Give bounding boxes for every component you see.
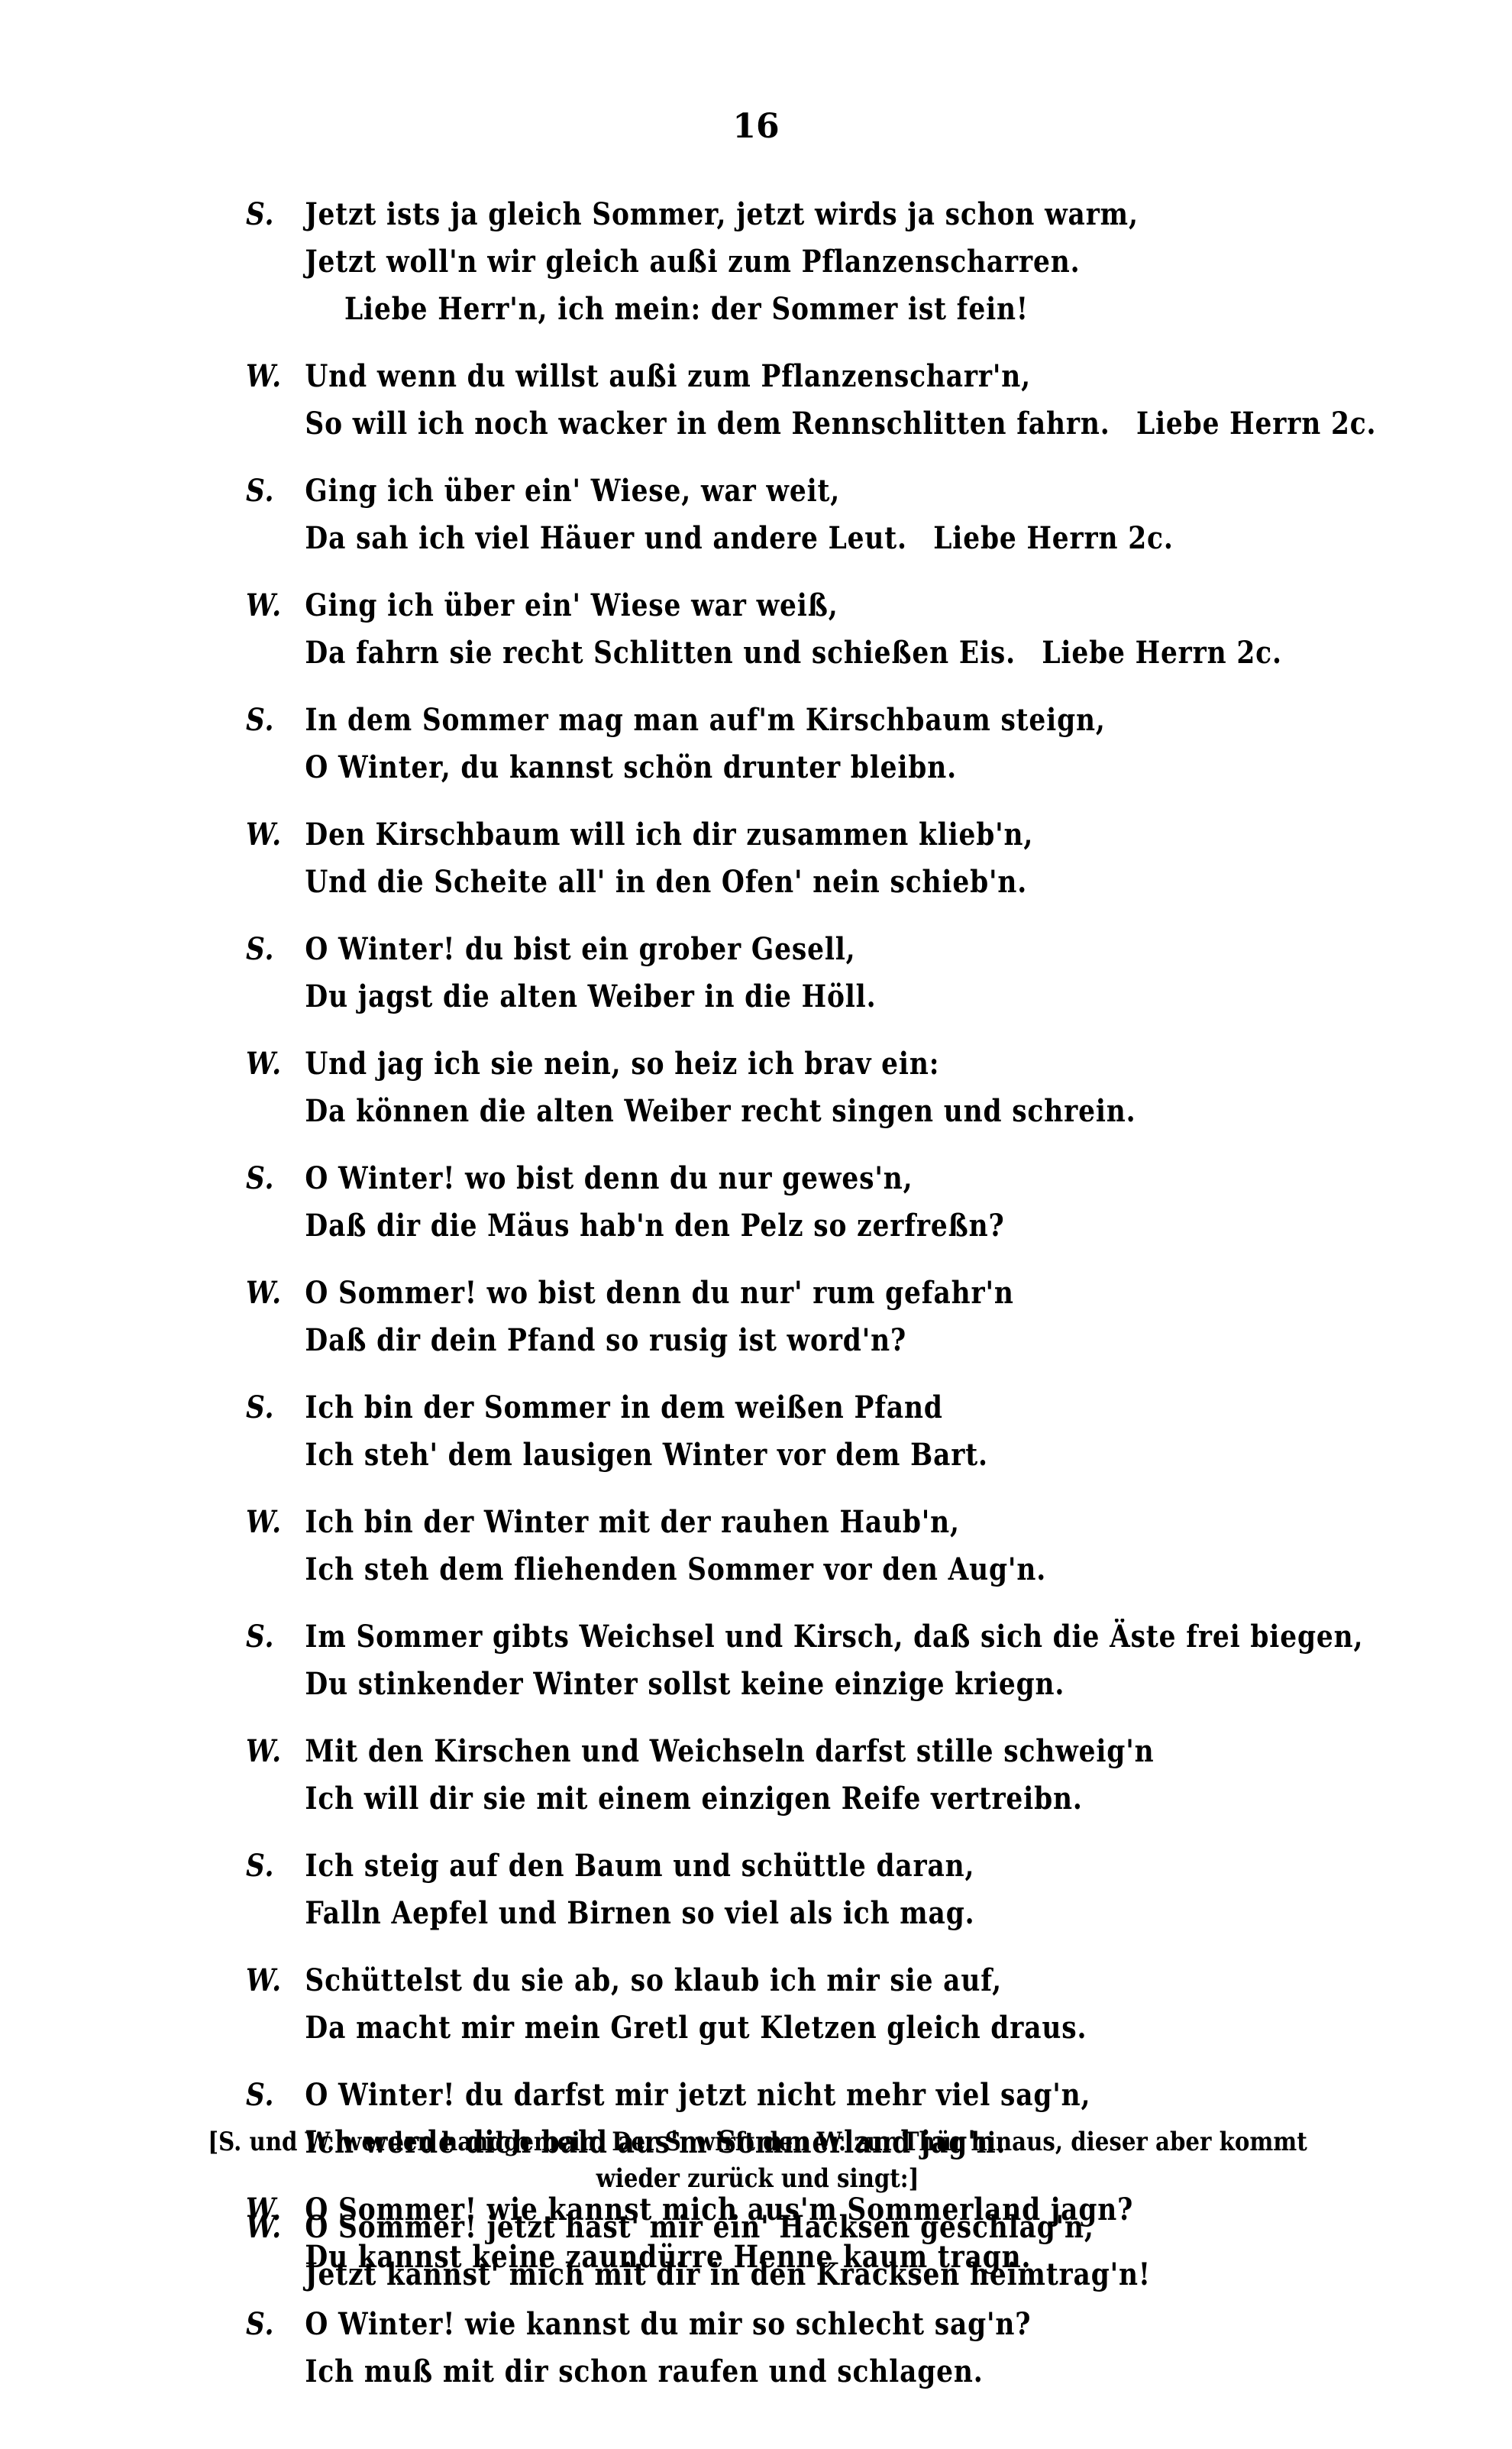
line-text: O Winter! wo bist denn du nur gewes'n,: [305, 1160, 913, 1196]
line-text: Und wenn du willst außi zum Pflanzenscha…: [305, 358, 1031, 394]
verse-line: S.Ich steig auf den Baum und schüttle da…: [246, 1842, 1271, 1890]
line-text: Daß dir dein Pfand so rusig ist word'n?: [305, 1322, 906, 1358]
refrain-text: Liebe Herrn 2c.: [1042, 635, 1281, 671]
verse-line: So will ich noch wacker in dem Rennschli…: [246, 400, 1271, 448]
verse-line: W.Schüttelst du sie ab, so klaub ich mir…: [246, 1957, 1271, 2004]
line-text: Und jag ich sie nein, so heiz ich brav e…: [305, 1046, 939, 1082]
verse-line: S.In dem Sommer mag man auf'm Kirschbaum…: [246, 697, 1271, 744]
final-verse: W.O Sommer! jetzt hast' mir ein' Hacksen…: [246, 2204, 1437, 2299]
verse-line: W.Ging ich über ein' Wiese war weiß,: [246, 582, 1271, 629]
line-text: Und die Scheite all' in den Ofen' nein s…: [305, 864, 1027, 900]
line-text: Ich bin der Winter mit der rauhen Haub'n…: [305, 1504, 959, 1540]
verse-line: S.O Winter! wie kannst du mir so schlech…: [246, 2301, 1271, 2348]
line-text: So will ich noch wacker in dem Rennschli…: [305, 406, 1110, 442]
speaker-label: S.: [246, 1842, 305, 1890]
line-text: O Sommer! jetzt hast' mir ein' Hacksen g…: [305, 2209, 1094, 2245]
line-text: Ich muß mit dir schon raufen und schlage…: [305, 2354, 983, 2389]
line-text: O Winter! wie kannst du mir so schlecht …: [305, 2306, 1031, 2342]
verse-line: Ich steh' dem lausigen Winter vor dem Ba…: [246, 1432, 1271, 1479]
verse: S.Jetzt ists ja gleich Sommer, jetzt wir…: [246, 191, 1437, 333]
refrain-text: Liebe Herrn 2c.: [933, 520, 1173, 556]
verse-line: Und die Scheite all' in den Ofen' nein s…: [246, 859, 1271, 906]
line-text: Jetzt woll'n wir gleich außi zum Pflanze…: [305, 244, 1080, 280]
verse-line: S.Jetzt ists ja gleich Sommer, jetzt wir…: [246, 191, 1271, 238]
line-text: Falln Aepfel und Birnen so viel als ich …: [305, 1895, 974, 1931]
speaker-label: S.: [246, 1155, 305, 1202]
line-text: Im Sommer gibts Weichsel und Kirsch, daß…: [305, 1619, 1363, 1655]
speaker-label: W.: [246, 2204, 305, 2251]
verse: S.Ich bin der Sommer in dem weißen Pfand…: [246, 1384, 1437, 1479]
speaker-label: S.: [246, 697, 305, 744]
verse-line: Daß dir dein Pfand so rusig ist word'n?: [246, 1317, 1271, 1364]
speaker-label: W.: [246, 811, 305, 859]
verse-line: S.Ich bin der Sommer in dem weißen Pfand: [246, 1384, 1271, 1432]
verse-line: Du jagst die alten Weiber in die Höll.: [246, 973, 1271, 1021]
verse: W.Ich bin der Winter mit der rauhen Haub…: [246, 1499, 1437, 1593]
line-text: Da fahrn sie recht Schlitten und schieße…: [305, 635, 1016, 671]
speaker-label: S.: [246, 191, 305, 238]
line-text: Ich steh dem fliehenden Sommer vor den A…: [305, 1551, 1046, 1587]
verse: W.Mit den Kirschen und Weichseln darfst …: [246, 1728, 1437, 1823]
line-text: Ging ich über ein' Wiese, war weit,: [305, 473, 840, 509]
line-text: Du jagst die alten Weiber in die Höll.: [305, 979, 876, 1014]
verse-line: S.O Winter! du darfst mir jetzt nicht me…: [246, 2072, 1271, 2119]
verse-line: W.Den Kirschbaum will ich dir zusammen k…: [246, 811, 1271, 859]
verse-line: Da können die alten Weiber recht singen …: [246, 1088, 1271, 1135]
line-text: Da können die alten Weiber recht singen …: [305, 1093, 1136, 1129]
speaker-label: S.: [246, 1384, 305, 1432]
verse: S.Im Sommer gibts Weichsel und Kirsch, d…: [246, 1613, 1437, 1708]
verse-line: W.Und wenn du willst außi zum Pflanzensc…: [246, 353, 1271, 400]
verse: W.Und wenn du willst außi zum Pflanzensc…: [246, 353, 1437, 448]
line-text: Ich steh' dem lausigen Winter vor dem Ba…: [305, 1437, 987, 1473]
speaker-label: W.: [246, 1728, 305, 1775]
speaker-label: S.: [246, 1613, 305, 1661]
verse-line: W.Mit den Kirschen und Weichseln darfst …: [246, 1728, 1271, 1775]
verse-line: W.O Sommer! jetzt hast' mir ein' Hacksen…: [246, 2204, 1271, 2251]
speaker-label: S.: [246, 467, 305, 515]
line-text: Liebe Herr'n, ich mein: der Sommer ist f…: [344, 291, 1029, 327]
line-text: O Winter, du kannst schön drunter bleibn…: [305, 749, 957, 785]
verse-line: W.Ich bin der Winter mit der rauhen Haub…: [246, 1499, 1271, 1546]
speaker-label: W.: [246, 353, 305, 400]
verse: S.In dem Sommer mag man auf'm Kirschbaum…: [246, 697, 1437, 791]
line-text: Ich bin der Sommer in dem weißen Pfand: [305, 1389, 942, 1425]
verse-line: Liebe Herr'n, ich mein: der Sommer ist f…: [246, 286, 1271, 333]
verse-line: S.O Winter! du bist ein grober Gesell,: [246, 926, 1271, 973]
verse-line: Falln Aepfel und Birnen so viel als ich …: [246, 1890, 1271, 1937]
verse: W.Ging ich über ein' Wiese war weiß,Da f…: [246, 582, 1437, 677]
page-number: 16: [0, 107, 1512, 146]
line-text: Ging ich über ein' Wiese war weiß,: [305, 587, 838, 623]
verse-line: O Winter, du kannst schön drunter bleibn…: [246, 744, 1271, 791]
speaker-label: W.: [246, 1957, 305, 2004]
speaker-label: S.: [246, 926, 305, 973]
verse-line: Ich steh dem fliehenden Sommer vor den A…: [246, 1546, 1271, 1593]
speaker-label: W.: [246, 582, 305, 629]
verse-line: Jetzt kannst' mich mit dir in den Kracks…: [246, 2251, 1271, 2299]
line-text: Mit den Kirschen und Weichseln darfst st…: [305, 1733, 1154, 1769]
speaker-label: S.: [246, 2301, 305, 2348]
verse: W.Schüttelst du sie ab, so klaub ich mir…: [246, 1957, 1437, 2052]
line-text: In dem Sommer mag man auf'm Kirschbaum s…: [305, 702, 1105, 738]
verse: W.O Sommer! wo bist denn du nur' rum gef…: [246, 1270, 1437, 1364]
stage-direction: [S. und W. werden handgemein. Der S. wir…: [179, 2124, 1336, 2197]
verse-line: W.O Sommer! wo bist denn du nur' rum gef…: [246, 1270, 1271, 1317]
verse: S.Ich steig auf den Baum und schüttle da…: [246, 1842, 1437, 1937]
line-text: Jetzt ists ja gleich Sommer, jetzt wirds…: [305, 196, 1138, 232]
verse-line: Da sah ich viel Häuer und andere Leut.Li…: [246, 515, 1271, 562]
verse-line: S.O Winter! wo bist denn du nur gewes'n,: [246, 1155, 1271, 1202]
line-text: Da macht mir mein Gretl gut Kletzen glei…: [305, 2010, 1087, 2046]
verse-line: Ich will dir sie mit einem einzigen Reif…: [246, 1775, 1271, 1823]
verse-line: Daß dir die Mäus hab'n den Pelz so zerfr…: [246, 1202, 1271, 1250]
verse: S.Ging ich über ein' Wiese, war weit,Da …: [246, 467, 1437, 562]
stage-direction-line-1: [S. und W. werden handgemein. Der S. wir…: [179, 2124, 1336, 2160]
refrain-text: Liebe Herrn 2c.: [1136, 406, 1376, 442]
verse: W.Den Kirschbaum will ich dir zusammen k…: [246, 811, 1437, 906]
line-text: Den Kirschbaum will ich dir zusammen kli…: [305, 817, 1033, 852]
speaker-label: W.: [246, 1499, 305, 1546]
speaker-label: W.: [246, 1040, 305, 1088]
verse: S.O Winter! du bist ein grober Gesell,Du…: [246, 926, 1437, 1021]
verse-line: Jetzt woll'n wir gleich außi zum Pflanze…: [246, 238, 1271, 286]
line-text: Du stinkender Winter sollst keine einzig…: [305, 1666, 1065, 1702]
line-text: Ich will dir sie mit einem einzigen Reif…: [305, 1781, 1082, 1817]
verse: S.O Winter! wie kannst du mir so schlech…: [246, 2301, 1437, 2396]
line-text: Schüttelst du sie ab, so klaub ich mir s…: [305, 1962, 1002, 1998]
verse: W.Und jag ich sie nein, so heiz ich brav…: [246, 1040, 1437, 1135]
line-text: Daß dir die Mäus hab'n den Pelz so zerfr…: [305, 1208, 1004, 1244]
speaker-label: S.: [246, 2072, 305, 2119]
line-text: O Sommer! wo bist denn du nur' rum gefah…: [305, 1275, 1013, 1311]
verse-line: Da fahrn sie recht Schlitten und schieße…: [246, 629, 1271, 677]
line-text: O Winter! du darfst mir jetzt nicht mehr…: [305, 2077, 1090, 2113]
stage-direction-line-2: wieder zurück und singt:]: [179, 2160, 1336, 2197]
verse-line: S.Ging ich über ein' Wiese, war weit,: [246, 467, 1271, 515]
speaker-label: W.: [246, 1270, 305, 1317]
verse-line: Du stinkender Winter sollst keine einzig…: [246, 1661, 1271, 1708]
verse-line: Da macht mir mein Gretl gut Kletzen glei…: [246, 2004, 1271, 2052]
line-text: Ich steig auf den Baum und schüttle dara…: [305, 1848, 974, 1884]
verse-line: W.Und jag ich sie nein, so heiz ich brav…: [246, 1040, 1271, 1088]
line-text: Da sah ich viel Häuer und andere Leut.: [305, 520, 906, 556]
verse-line: S.Im Sommer gibts Weichsel und Kirsch, d…: [246, 1613, 1271, 1661]
line-text: O Winter! du bist ein grober Gesell,: [305, 931, 855, 967]
verse-list: S.Jetzt ists ja gleich Sommer, jetzt wir…: [246, 191, 1437, 2415]
verse-line: Ich muß mit dir schon raufen und schlage…: [246, 2348, 1271, 2396]
verse: S.O Winter! wo bist denn du nur gewes'n,…: [246, 1155, 1437, 1250]
